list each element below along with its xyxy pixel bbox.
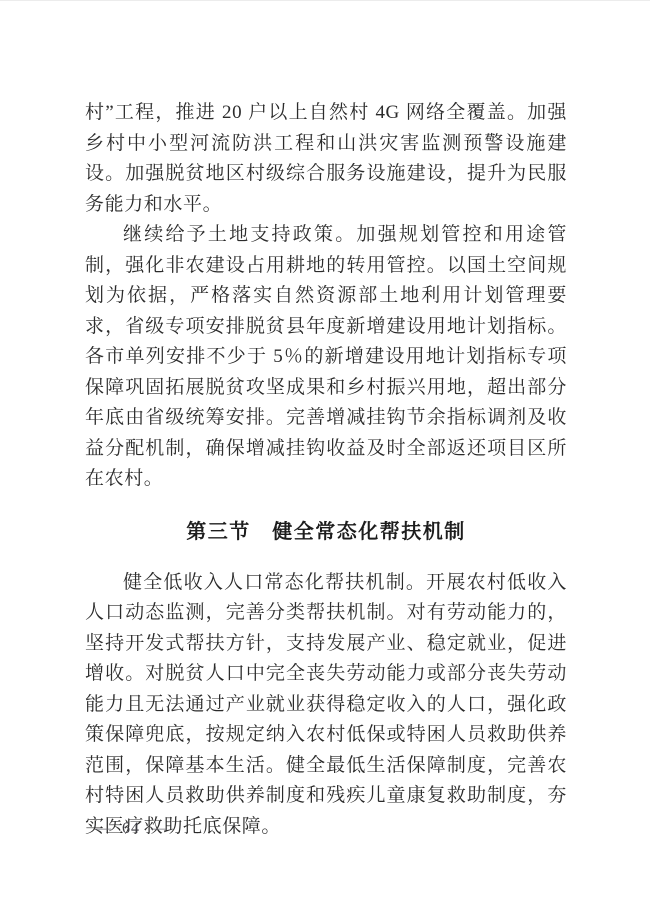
section-heading: 第三节 健全常态化帮扶机制: [85, 517, 567, 547]
page-body-text: 村”工程，推进 20 户以上自然村 4G 网络全覆盖。加强乡村中小型河流防洪工程…: [85, 98, 567, 842]
paragraph-land-policy: 继续给予土地支持政策。加强规划管控和用途管制，强化非农建设占用耕地的转用管控。以…: [85, 220, 567, 495]
paragraph-continuation: 村”工程，推进 20 户以上自然村 4G 网络全覆盖。加强乡村中小型河流防洪工程…: [85, 98, 567, 220]
paragraph-assistance-mechanism: 健全低收入人口常态化帮扶机制。开展农村低收入人口动态监测，完善分类帮扶机制。对有…: [85, 568, 567, 843]
page-number-dash-right: —: [151, 819, 167, 839]
document-page: 村”工程，推进 20 户以上自然村 4G 网络全覆盖。加强乡村中小型河流防洪工程…: [0, 0, 650, 919]
page-number-dash-left: —: [95, 819, 111, 839]
page-number-value: 64: [122, 819, 140, 839]
page-number: — 64 —: [95, 819, 167, 839]
